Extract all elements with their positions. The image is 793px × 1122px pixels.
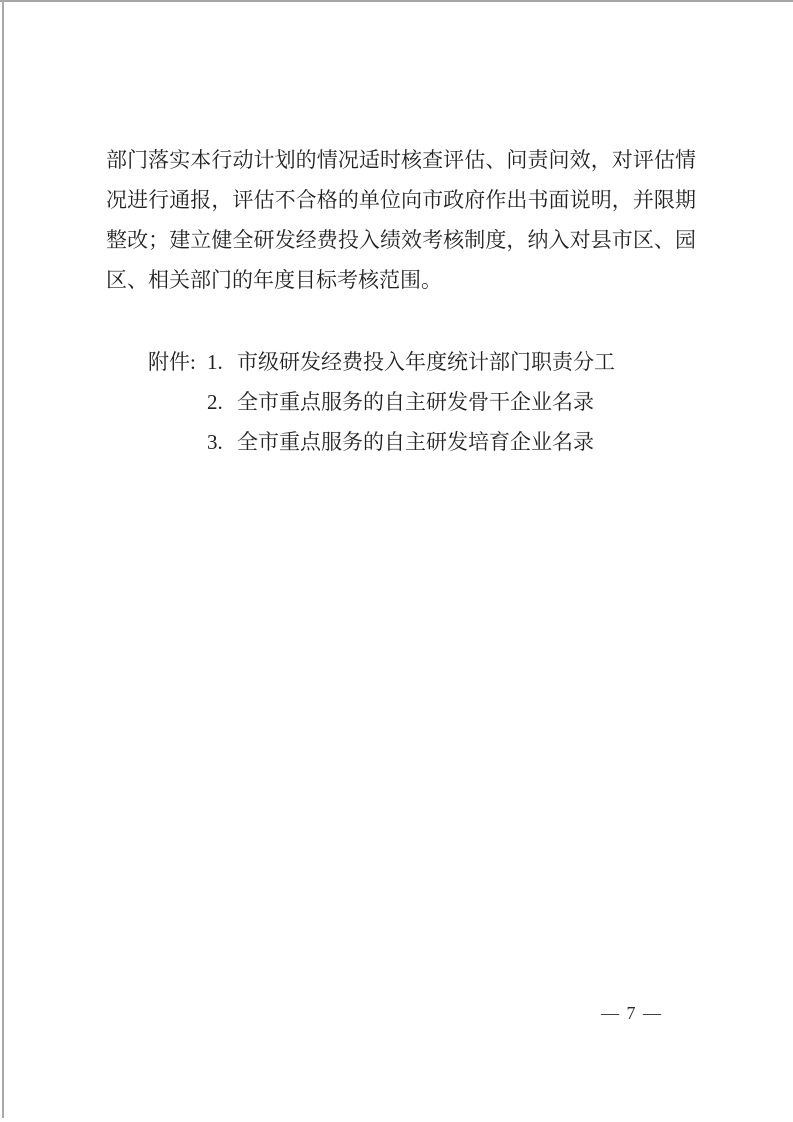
attachment-item-text: 全市重点服务的自主研发培育企业名录: [237, 422, 594, 462]
scan-edge-left-line: [2, 0, 4, 1118]
attachments-label: 附件:: [148, 342, 207, 382]
attachment-item-number: 3.: [207, 422, 237, 462]
page-number: — 7 —: [591, 1002, 671, 1024]
document-page: 部门落实本行动计划的情况适时核查评估、问责问效，对评估情况进行通报，评估不合格的…: [0, 0, 793, 1122]
attachment-item: 2. 全市重点服务的自主研发骨干企业名录: [148, 382, 615, 422]
attachment-item-number: 1.: [207, 342, 237, 382]
scan-edge-top-line: [0, 0, 793, 2]
attachments-block: 附件: 1. 市级研发经费投入年度统计部门职责分工 2. 全市重点服务的自主研发…: [148, 342, 615, 462]
attachment-item: 附件: 1. 市级研发经费投入年度统计部门职责分工: [148, 342, 615, 382]
attachment-item-text: 全市重点服务的自主研发骨干企业名录: [237, 382, 594, 422]
attachment-item-text: 市级研发经费投入年度统计部门职责分工: [237, 342, 615, 382]
attachment-item: 3. 全市重点服务的自主研发培育企业名录: [148, 422, 615, 462]
body-paragraph: 部门落实本行动计划的情况适时核查评估、问责问效，对评估情况进行通报，评估不合格的…: [106, 140, 696, 300]
attachment-item-number: 2.: [207, 382, 237, 422]
